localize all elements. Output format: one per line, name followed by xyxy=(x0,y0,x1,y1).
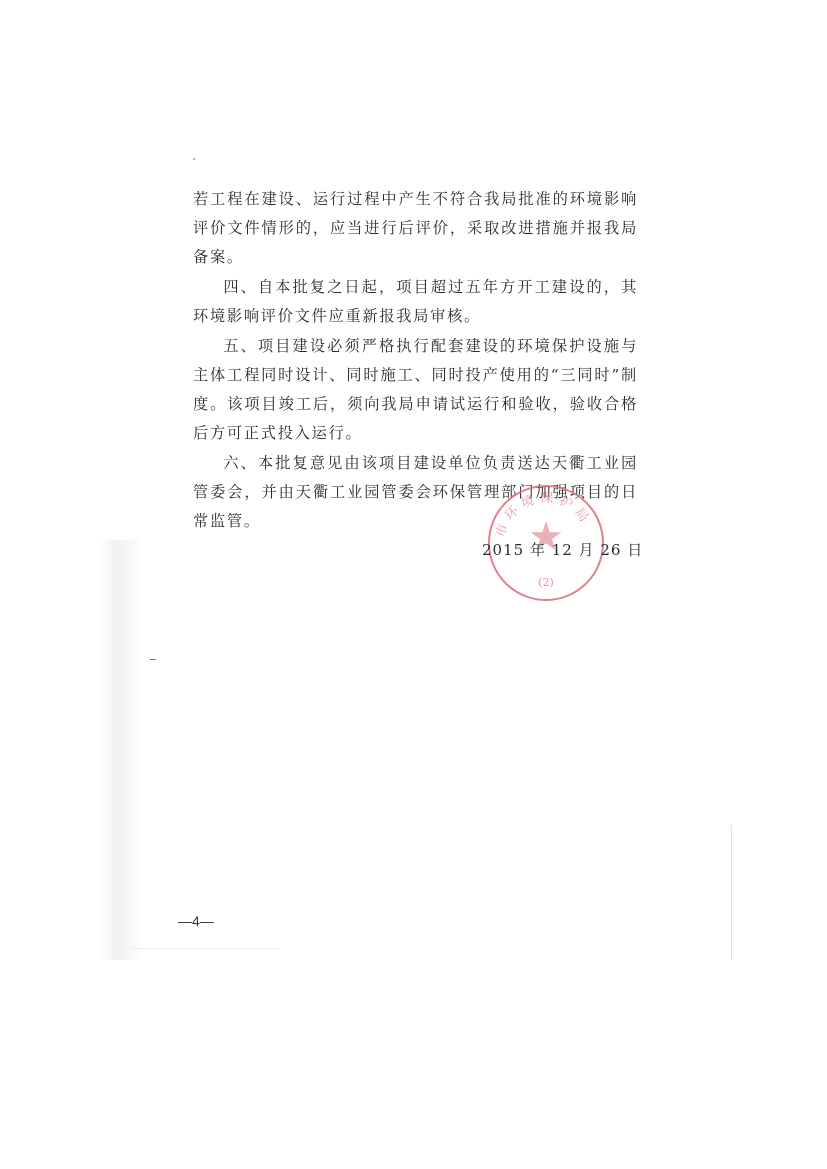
seal-code: (2) xyxy=(538,576,554,589)
scan-shadow xyxy=(100,540,140,960)
scan-edge-line xyxy=(731,825,732,960)
paragraph-item-4: 四、自本批复之日起，项目超过五年方开工建设的，其环境影响评价文件应重新报我局审核… xyxy=(193,273,638,331)
scan-artifact xyxy=(193,158,195,160)
scan-edge-line xyxy=(130,948,280,949)
document-body: 若工程在建设、运行过程中产生不符合我局批准的环境影响评价文件情形的，应当进行后评… xyxy=(193,185,638,536)
paragraph-item-5: 五、项目建设必须严格执行配套建设的环境保护设施与主体工程同时设计、同时施工、同时… xyxy=(193,332,638,448)
page-number: —4— xyxy=(178,913,214,929)
paragraph-continuation: 若工程在建设、运行过程中产生不符合我局批准的环境影响评价文件情形的，应当进行后评… xyxy=(193,185,638,272)
issue-date: 2015 年 12 月 26 日 xyxy=(482,539,643,560)
scan-artifact xyxy=(150,659,156,660)
